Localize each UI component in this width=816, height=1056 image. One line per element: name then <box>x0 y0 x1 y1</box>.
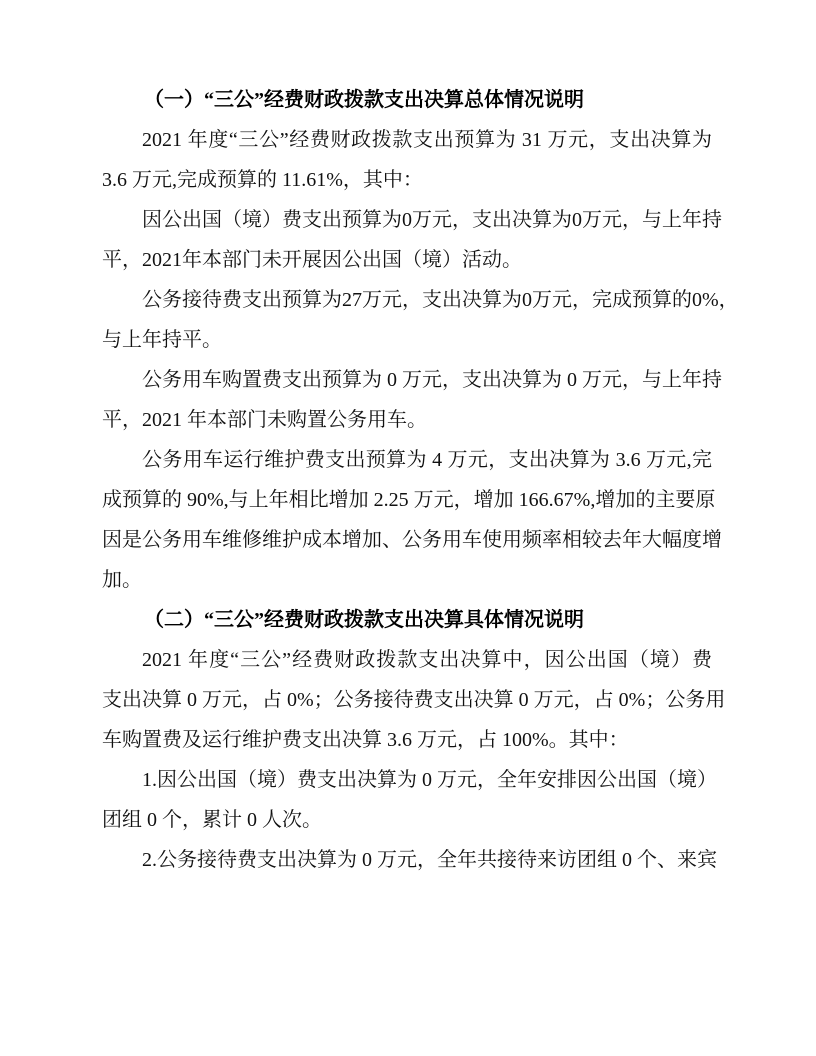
paragraph-line: 2021 年度“三公”经费财政拨款支出决算中，因公出国（境）费 <box>102 640 712 680</box>
section-heading-detail: （二）“三公”经费财政拨款支出决算具体情况说明 <box>102 600 712 640</box>
paragraph-line: 车购置费及运行维护费支出决算 3.6 万元，占 100%。其中： <box>102 720 712 760</box>
paragraph-line: 与上年持平。 <box>102 320 712 360</box>
paragraph-line: 2021 年度“三公”经费财政拨款支出预算为 31 万元，支出决算为 <box>102 120 712 160</box>
paragraph-line: 3.6 万元,完成预算的 11.61%，其中： <box>102 160 712 200</box>
paragraph-line: 因公出国（境）费支出预算为0万元，支出决算为0万元，与上年持 <box>102 200 712 240</box>
paragraph-line: 2.公务接待费支出决算为 0 万元，全年共接待来访团组 0 个、来宾 <box>102 840 712 880</box>
paragraph-line: 平，2021 年本部门未购置公务用车。 <box>102 400 712 440</box>
section-heading-overall: （一）“三公”经费财政拨款支出决算总体情况说明 <box>102 80 712 120</box>
paragraph-overseas-travel: 因公出国（境）费支出预算为0万元，支出决算为0万元，与上年持 平，2021年本部… <box>102 200 712 280</box>
paragraph-line: 公务用车运行维护费支出预算为 4 万元，支出决算为 3.6 万元,完 <box>102 440 712 480</box>
paragraph-line: 公务用车购置费支出预算为 0 万元，支出决算为 0 万元，与上年持 <box>102 360 712 400</box>
paragraph-line: 平，2021年本部门未开展因公出国（境）活动。 <box>102 240 712 280</box>
document-page: （一）“三公”经费财政拨款支出决算总体情况说明 2021 年度“三公”经费财政拨… <box>102 80 712 880</box>
paragraph-line: 成预算的 90%,与上年相比增加 2.25 万元，增加 166.67%,增加的主… <box>102 480 712 520</box>
paragraph-item-1-overseas: 1.因公出国（境）费支出决算为 0 万元，全年安排因公出国（境） 团组 0 个，… <box>102 760 712 840</box>
paragraph-line: 团组 0 个，累计 0 人次。 <box>102 800 712 840</box>
paragraph-line: 支出决算 0 万元，占 0%；公务接待费支出决算 0 万元，占 0%；公务用 <box>102 680 712 720</box>
paragraph-expenditure-breakdown: 2021 年度“三公”经费财政拨款支出决算中，因公出国（境）费 支出决算 0 万… <box>102 640 712 760</box>
paragraph-budget-summary: 2021 年度“三公”经费财政拨款支出预算为 31 万元，支出决算为 3.6 万… <box>102 120 712 200</box>
paragraph-line: 因是公务用车维修维护成本增加、公务用车使用频率相较去年大幅度增 <box>102 520 712 560</box>
paragraph-vehicle-purchase: 公务用车购置费支出预算为 0 万元，支出决算为 0 万元，与上年持 平，2021… <box>102 360 712 440</box>
paragraph-vehicle-maintenance: 公务用车运行维护费支出预算为 4 万元，支出决算为 3.6 万元,完 成预算的 … <box>102 440 712 600</box>
paragraph-reception: 公务接待费支出预算为27万元，支出决算为0万元，完成预算的0%， 与上年持平。 <box>102 280 712 360</box>
paragraph-item-2-reception: 2.公务接待费支出决算为 0 万元，全年共接待来访团组 0 个、来宾 <box>102 840 712 880</box>
paragraph-line: 加。 <box>102 560 712 600</box>
paragraph-line: 公务接待费支出预算为27万元，支出决算为0万元，完成预算的0%， <box>102 280 712 320</box>
paragraph-line: 1.因公出国（境）费支出决算为 0 万元，全年安排因公出国（境） <box>102 760 712 800</box>
